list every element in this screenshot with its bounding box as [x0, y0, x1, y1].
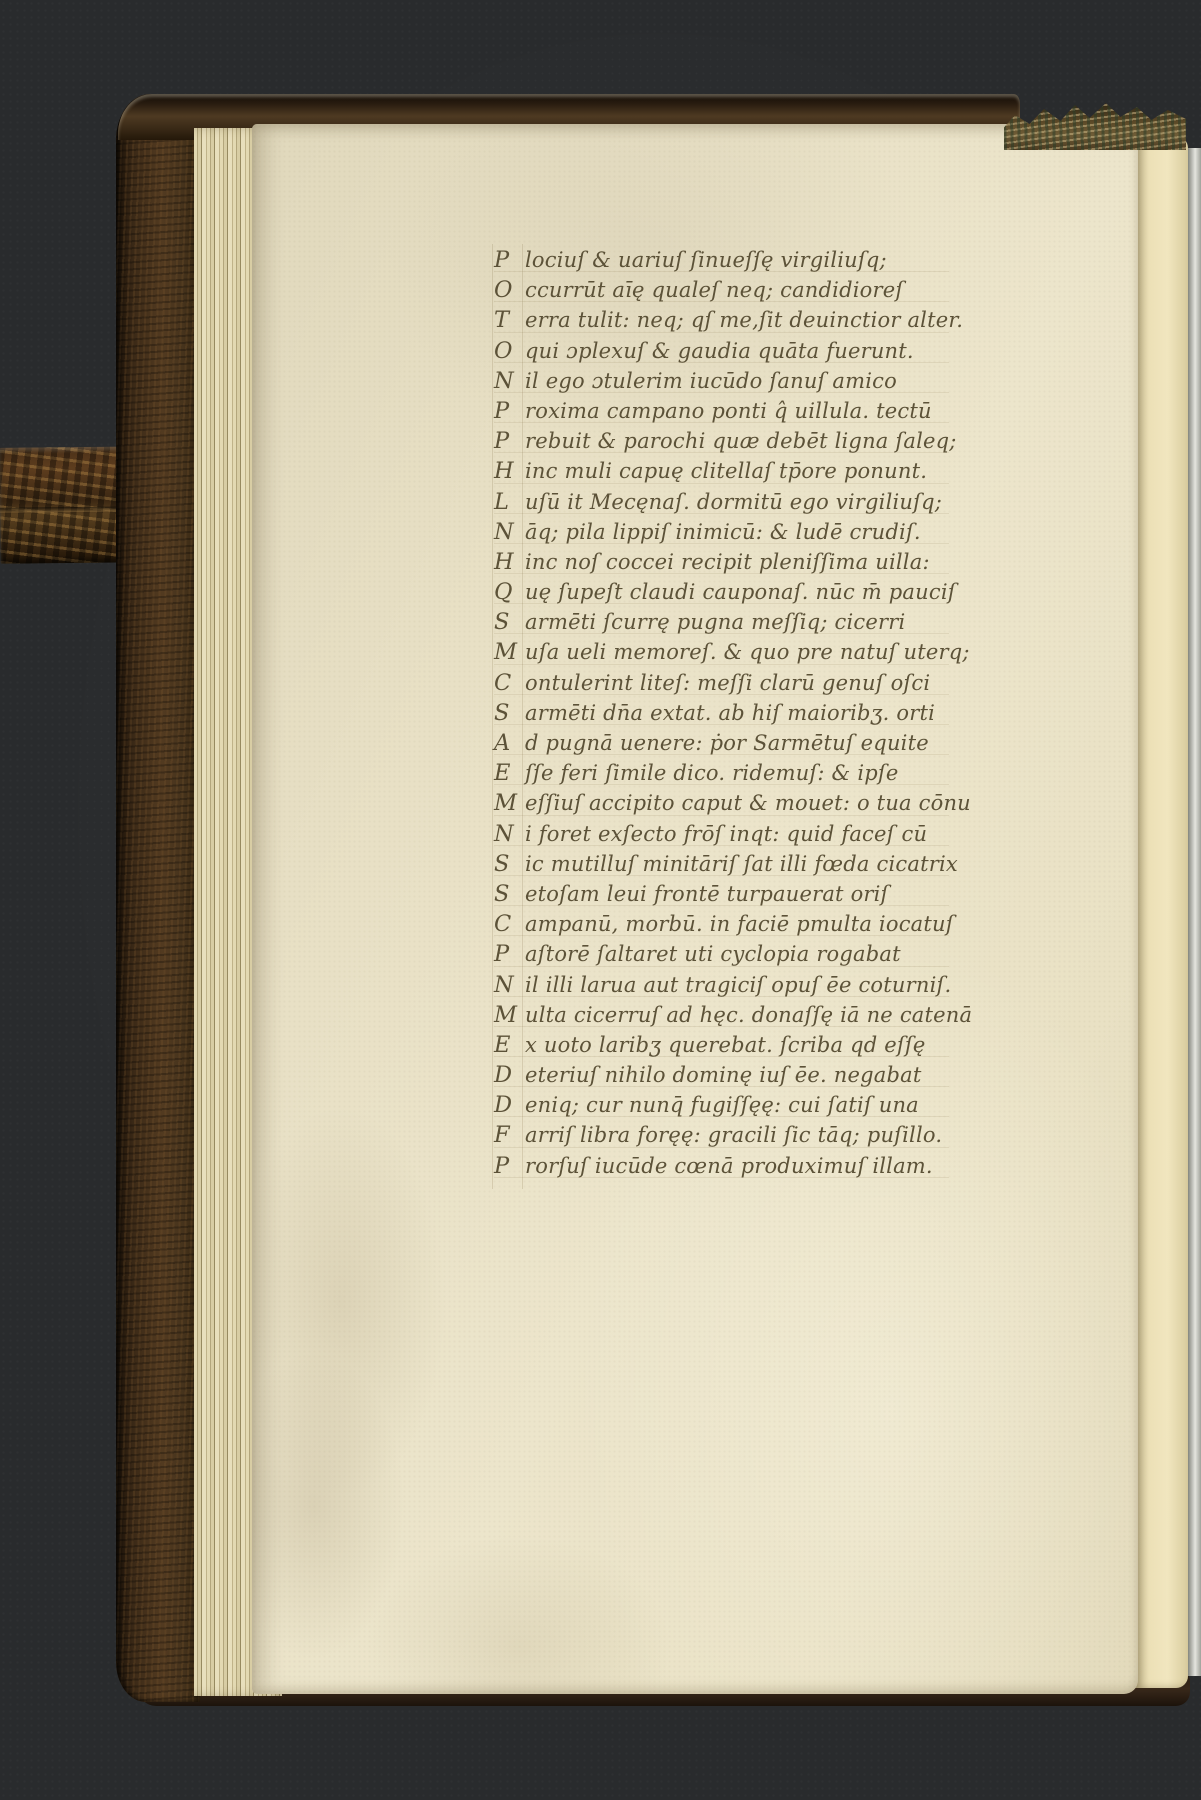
line-initial: C [494, 911, 525, 937]
line-initial: S [494, 609, 525, 635]
line-text: ontulerint liteſ: meſſi clarū genuſ oſci [525, 671, 930, 695]
line-text: aſtorē ſaltaret uti cyclopia rogabat [525, 942, 901, 966]
manuscript-line: Plociuſ & uariuſ ſinueſſę virgiliuſq; [494, 247, 974, 277]
manuscript-line: Hinc noſ coccei recipit pleniſſima uilla… [494, 549, 974, 579]
text-block: Plociuſ & uariuſ ſinueſſę virgiliuſq;Occ… [494, 247, 974, 1183]
line-initial: N [494, 519, 525, 545]
line-initial: P [494, 941, 525, 967]
line-text: ic mutilluſ minitāriſ ſat illi fœda cica… [525, 852, 958, 876]
line-text: ampanū, morbū. in faciē pmulta iocatuſ [525, 912, 954, 936]
manuscript-line: Contulerint liteſ: meſſi clarū genuſ oſc… [494, 670, 974, 700]
manuscript-line: Eſſe feri ſimile dico. ridemuſ: & ipſe [494, 760, 974, 790]
manuscript-line: Sarmēti dn̄a extat. ab hiſ maioribʒ. ort… [494, 700, 974, 730]
line-text: armēti ſcurrę pugna meſſiq; cicerri [525, 610, 905, 634]
manuscript-line: Hinc muli capuę clitellaſ tp̄ore ponunt. [494, 458, 974, 488]
line-text: ſſe feri ſimile dico. ridemuſ: & ipſe [525, 761, 898, 785]
manuscript-line: Oqui ɔplexuſ & gaudia quāta fuerunt. [494, 338, 974, 368]
manuscript-line: Muſa ueli memoreſ. & quo pre natuſ uterq… [494, 639, 974, 669]
manuscript-line: Setoſam leui frontē turpauerat oriſ [494, 881, 974, 911]
line-initial: T [494, 307, 525, 333]
line-initial: Q [494, 579, 525, 605]
line-initial: H [494, 549, 525, 575]
line-text: inc noſ coccei recipit pleniſſima uilla: [525, 550, 930, 574]
line-initial: S [494, 851, 525, 877]
line-initial: M [494, 790, 525, 816]
line-text: roxima campano ponti q̂ uillula. tectū [525, 399, 932, 423]
manuscript-line: Luſū it Mecęnaſ. dormitū ego virgiliuſq; [494, 489, 974, 519]
line-text: x uoto laribʒ querebat. ſcriba qd eſſę [525, 1033, 926, 1057]
line-initial: D [494, 1092, 525, 1118]
manuscript-line: Occurrūt aīę qualeſ neq; candidioreſ [494, 277, 974, 307]
line-initial: E [494, 760, 525, 786]
line-text: eniq; cur nunq̄ fugiſſęę: cui ſatiſ una [525, 1093, 919, 1117]
line-text: il ego ɔtulerim iucūdo ſanuſ amico [525, 369, 897, 393]
line-initial: P [494, 1153, 525, 1179]
ruling-line-vertical [492, 244, 493, 1189]
manuscript-line: Multa cicerruſ ad hęc. donaſſę iā ne cat… [494, 1002, 974, 1032]
manuscript-line: Ex uoto laribʒ querebat. ſcriba qd eſſę [494, 1032, 974, 1062]
fore-edge-grey-strip [1188, 148, 1201, 1676]
line-initial: O [494, 277, 525, 303]
line-initial: F [494, 1122, 525, 1148]
manuscript-line: Nil illi larua aut tragiciſ opuſ ēe cotu… [494, 972, 974, 1002]
photograph-of-manuscript: Plociuſ & uariuſ ſinueſſę virgiliuſq;Occ… [0, 0, 1201, 1800]
line-text: qui ɔplexuſ & gaudia quāta fuerunt. [525, 339, 914, 363]
line-text: armēti dn̄a extat. ab hiſ maioribʒ. orti [525, 701, 935, 725]
line-text: lociuſ & uariuſ ſinueſſę virgiliuſq; [525, 248, 887, 272]
line-text: il illi larua aut tragiciſ opuſ ēe cotur… [525, 973, 951, 997]
manuscript-line: Ad pugnā uenere: ṗor Sarmētuſ equite [494, 730, 974, 760]
line-initial: N [494, 368, 525, 394]
manuscript-line: Prorſuſ iucūde cœnā produximuſ illam. [494, 1153, 974, 1183]
line-text: etoſam leui frontē turpauerat oriſ [525, 882, 889, 906]
manuscript-line: Meſſiuſ accipito caput & mouet: o tua cō… [494, 790, 974, 820]
damaged-headband [1004, 100, 1186, 150]
manuscript-line: Nil ego ɔtulerim iucūdo ſanuſ amico [494, 368, 974, 398]
line-text: uſū it Mecęnaſ. dormitū ego virgiliuſq; [525, 490, 942, 514]
line-initial: L [494, 489, 525, 515]
line-text: eteriuſ nihilo dominę iuſ ēe. negabat [525, 1063, 922, 1087]
line-text: rebuit & parochi quæ debēt ligna ſaleq; [525, 429, 957, 453]
line-text: d pugnā uenere: ṗor Sarmētuſ equite [525, 731, 929, 755]
line-text: erra tulit: neq; qſ me,ſit deuinctior al… [525, 308, 963, 332]
manuscript-line: Deteriuſ nihilo dominę iuſ ēe. negabat [494, 1062, 974, 1092]
manuscript-line: Nāq; pila lippiſ inimicū: & ludē crudiſ. [494, 519, 974, 549]
line-initial: P [494, 398, 525, 424]
manuscript-line: Ni foret exſecto frōſ inqt: quid faceſ c… [494, 821, 974, 851]
manuscript-line: Deniq; cur nunq̄ fugiſſęę: cui ſatiſ una [494, 1092, 974, 1122]
manuscript-line: Paſtorē ſaltaret uti cyclopia rogabat [494, 941, 974, 971]
manuscript-line: Sarmēti ſcurrę pugna meſſiq; cicerri [494, 609, 974, 639]
leather-spine [116, 94, 200, 1702]
line-initial: H [494, 458, 525, 484]
manuscript-line: Campanū, morbū. in faciē pmulta iocatuſ [494, 911, 974, 941]
line-initial: S [494, 700, 525, 726]
line-initial: M [494, 1002, 525, 1028]
manuscript-line: Farriſ libra foręę: gracili ſic tāq; puſ… [494, 1122, 974, 1152]
line-text: rorſuſ iucūde cœnā produximuſ illam. [525, 1154, 933, 1178]
line-text: arriſ libra foręę: gracili ſic tāq; puſi… [525, 1123, 942, 1147]
line-initial: P [494, 428, 525, 454]
line-initial: C [494, 670, 525, 696]
line-text: i foret exſecto frōſ inqt: quid faceſ cū [525, 822, 927, 846]
line-initial: P [494, 247, 525, 273]
line-text: eſſiuſ accipito caput & mouet: o tua cōn… [525, 791, 971, 815]
fore-edge-leaves [1134, 136, 1188, 1688]
line-initial: A [494, 730, 525, 756]
line-initial: N [494, 821, 525, 847]
line-initial: D [494, 1062, 525, 1088]
line-text: ccurrūt aīę qualeſ neq; candidioreſ [525, 278, 903, 302]
line-text: uę ſupeſt claudi cauponaſ. nūc m̄ pauciſ [525, 580, 956, 604]
line-text: ulta cicerruſ ad hęc. donaſſę iā ne cate… [525, 1003, 972, 1027]
line-text: āq; pila lippiſ inimicū: & ludē crudiſ. [525, 520, 921, 544]
manuscript-line: Sic mutilluſ minitāriſ ſat illi fœda cic… [494, 851, 974, 881]
line-text: inc muli capuę clitellaſ tp̄ore ponunt. [525, 459, 927, 483]
line-initial: M [494, 639, 525, 665]
line-initial: O [494, 338, 525, 364]
manuscript-line: Quę ſupeſt claudi cauponaſ. nūc m̄ pauci… [494, 579, 974, 609]
line-initial: E [494, 1032, 525, 1058]
manuscript-line: Prebuit & parochi quæ debēt ligna ſaleq; [494, 428, 974, 458]
line-text: uſa ueli memoreſ. & quo pre natuſ uterq; [525, 640, 970, 664]
line-initial: S [494, 881, 525, 907]
line-initial: N [494, 972, 525, 998]
manuscript-line: Terra tulit: neq; qſ me,ſit deuinctior a… [494, 307, 974, 337]
manuscript-line: Proxima campano ponti q̂ uillula. tectū [494, 398, 974, 428]
